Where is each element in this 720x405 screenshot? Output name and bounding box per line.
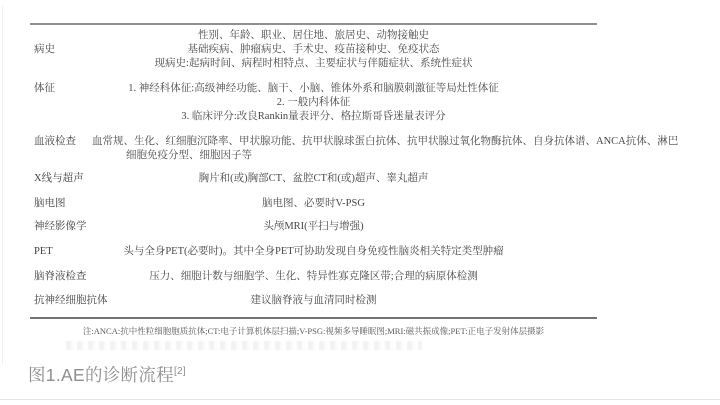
row-content-line: 血常规、生化、红细胞沉降率、甲状腺功能、抗甲状腺球蛋白抗体、抗甲状腺过氧化物酶抗… (92, 135, 597, 149)
row-label: 脑电图 (34, 197, 66, 211)
table-row-signs: 体征 1. 神经科体征:高级神经功能、脑干、小脑、锥体外系和脑膜刺激征等局灶性体… (30, 82, 597, 124)
figure-caption: 图1.AE的诊断流程[2] (28, 364, 186, 386)
bottom-divider (0, 399, 720, 400)
diagnosis-workup-table: 病史 性别、年龄、职业、居住地、旅居史、动物接触史 基础疾病、肿瘤病史、手术史、… (30, 23, 597, 319)
row-label: PET (34, 245, 53, 259)
row-content-line: 现病史:起病时间、病程时相特点、主要症状与伴随症状、系统性症状 (30, 57, 597, 71)
row-label: 脑脊液检查 (34, 270, 87, 284)
row-content: 建议脑脊液与血清同时检测 (30, 294, 597, 308)
row-content: 头颅MRI(平扫与增强) (30, 220, 597, 234)
table-row-eeg: 脑电图 脑电图、必要时V-PSG (30, 197, 597, 211)
row-content: 1. 神经科体征:高级神经功能、脑干、小脑、锥体外系和脑膜刺激征等局灶性体征 2… (30, 82, 597, 124)
table-row-pet: PET 头与全身PET(必要时)。其中全身PET可协助发现自身免疫性脑炎相关特定… (30, 245, 597, 259)
table-row-csf: 脑脊液检查 压力、细胞计数与细胞学、生化、特异性寡克隆区带;合理的病原体检测 (30, 270, 597, 284)
table-row-xray-ultrasound: X线与超声 胸片和(或)胸部CT、盆腔CT和(或)超声、睾丸超声 (30, 172, 597, 186)
faint-watermark-text (66, 341, 422, 350)
row-label: 体征 (34, 82, 55, 96)
row-content-line: 头与全身PET(必要时)。其中全身PET可协助发现自身免疫性脑炎相关特定类型肿瘤 (30, 245, 597, 259)
row-content-line: 建议脑脊液与血清同时检测 (30, 294, 597, 308)
row-content-line: 3. 临床评分:改良Rankin量表评分、格拉斯哥昏迷量表评分 (30, 110, 597, 124)
table-row-history: 病史 性别、年龄、职业、居住地、旅居史、动物接触史 基础疾病、肿瘤病史、手术史、… (30, 29, 597, 71)
row-content: 脑电图、必要时V-PSG (30, 197, 597, 211)
row-content: 性别、年龄、职业、居住地、旅居史、动物接触史 基础疾病、肿瘤病史、手术史、疫苗接… (30, 29, 597, 71)
row-content-line: 脑电图、必要时V-PSG (30, 197, 597, 211)
row-label: 神经影像学 (34, 220, 87, 234)
row-content-line: 压力、细胞计数与细胞学、生化、特异性寡克隆区带;合理的病原体检测 (30, 270, 597, 284)
table-row-antineuronal-antibody: 抗神经细胞抗体 建议脑脊液与血清同时检测 (30, 294, 597, 308)
table-footnote: 注:ANCA:抗中性粒细胞胞质抗体;CT:电子计算机体层扫描;V-PSG:视频多… (30, 326, 597, 337)
row-content: 胸片和(或)胸部CT、盆腔CT和(或)超声、睾丸超声 (30, 172, 597, 186)
row-content: 血常规、生化、红细胞沉降率、甲状腺功能、抗甲状腺球蛋白抗体、抗甲状腺过氧化物酶抗… (92, 135, 597, 163)
row-content: 头与全身PET(必要时)。其中全身PET可协助发现自身免疫性脑炎相关特定类型肿瘤 (30, 245, 597, 259)
row-content-line: 1. 神经科体征:高级神经功能、脑干、小脑、锥体外系和脑膜刺激征等局灶性体征 (30, 82, 597, 96)
row-label: 血液检查 (34, 135, 76, 149)
row-label: 抗神经细胞抗体 (34, 294, 108, 308)
row-content-line: 2. 一般内科体征 (30, 96, 597, 110)
slide-background: 病史 性别、年龄、职业、居住地、旅居史、动物接触史 基础疾病、肿瘤病史、手术史、… (0, 0, 720, 405)
caption-text: 图1.AE的诊断流程 (28, 365, 174, 385)
caption-reference: [2] (174, 366, 186, 377)
row-content-line: 基础疾病、肿瘤病史、手术史、疫苗接种史、免疫状态 (30, 43, 597, 57)
left-edge-divider (2, 6, 3, 365)
row-content-line: 头颅MRI(平扫与增强) (30, 220, 597, 234)
row-content-line: 胸片和(或)胸部CT、盆腔CT和(或)超声、睾丸超声 (30, 172, 597, 186)
table-row-blood-tests: 血液检查 血常规、生化、红细胞沉降率、甲状腺功能、抗甲状腺球蛋白抗体、抗甲状腺过… (30, 135, 597, 163)
row-label: X线与超声 (34, 172, 84, 186)
row-content: 压力、细胞计数与细胞学、生化、特异性寡克隆区带;合理的病原体检测 (30, 270, 597, 284)
row-label: 病史 (34, 43, 55, 57)
table-row-neuroimaging: 神经影像学 头颅MRI(平扫与增强) (30, 220, 597, 234)
row-content-line: 细胞免疫分型、细胞因子等 (92, 149, 597, 163)
row-content-line: 性别、年龄、职业、居住地、旅居史、动物接触史 (30, 29, 597, 43)
